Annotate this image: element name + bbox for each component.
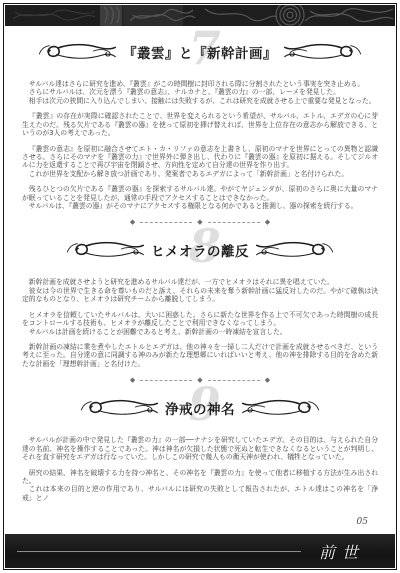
diamond-icon: ◆: [265, 377, 270, 384]
section: 9 浄戒の神名: [22, 390, 378, 502]
footer-bar: 前世: [5, 534, 395, 568]
body-paragraph: 研究の結果、神名を破壊する力を持つ神名と、その神名を『叢雲の力』を使って他者に移…: [22, 469, 378, 486]
section: 7 『叢雲』と『新幹計画』: [22, 34, 378, 210]
body-paragraph: さらにサルバルは、次元を漂う『叢雲の意志』、ナルカナと、『叢雲の力』の一部、レー…: [22, 88, 378, 96]
section-title: 『叢雲』と『新幹計画』: [123, 42, 277, 62]
section-heading: 8 ヒメオラの離反: [22, 232, 378, 268]
diamond-icon: ◆: [130, 377, 135, 384]
sections: 7 『叢雲』と『新幹計画』: [22, 34, 378, 502]
body-paragraph: これが世界を支配から解き放つ計画であり、発案者であるエデガによって「新幹計画」と…: [22, 170, 378, 178]
body-paragraph: 新幹計画を成就させようと研究を進めるサルバル達だが、一方でヒメオラはそれに異を唱…: [22, 278, 378, 286]
section-paragraphs: 新幹計画を成就させようと研究を進めるサルバル達だが、一方でヒメオラはそれに異を唱…: [22, 278, 378, 368]
body-paragraph: サルバルが計画の中で発見した『叢雲の力』の一部──ナナシを研究していたエデガ。そ…: [22, 436, 378, 461]
footer-chapter-label: 前世: [319, 540, 365, 563]
paragraph-block: 残るひとつの欠片である『叢雲の器』を探索するサルバル達。やがてヤジェンダが、原初…: [22, 185, 378, 210]
body-paragraph: 『叢雲の意志』を原初に融合させてエト・カ・リファの意志を上書きし、原初のマナを世…: [22, 145, 378, 170]
paragraph-block: 『叢雲』の存在が実際に確認されたことで、世界を変えられるという希望が、サルバル、…: [22, 112, 378, 137]
body-paragraph: 『叢雲』の存在が実際に確認されたことで、世界を変えられるという希望が、サルバル、…: [22, 112, 378, 137]
footer-rule: [17, 551, 301, 552]
body-paragraph: サルバルは、『叢雲の器』がそのマナにアクセスする権限となる何かであると推測し、器…: [22, 202, 378, 210]
divider-dash: [140, 222, 192, 223]
page-content: 7 『叢雲』と『新幹計画』: [22, 30, 378, 502]
paragraph-block: サルバルが計画の中で発見した『叢雲の力』の一部──ナナシを研究していたエデガ。そ…: [22, 436, 378, 461]
body-paragraph: 残るひとつの欠片である『叢雲の器』を探索するサルバル達。やがてヤジェンダが、原初…: [22, 185, 378, 202]
section: 8 ヒメオラの離反: [22, 232, 378, 368]
diamond-icon: ◆: [130, 219, 135, 226]
flourish-right-icon: [256, 239, 336, 261]
flourish-left-icon: [78, 397, 158, 419]
paragraph-block: ヒメオラを信頼していたサルバルは、大いに困惑した。さらに新たな世界を作る上で不可…: [22, 311, 378, 336]
paragraph-block: 研究の結果、神名を破壊する力を持つ神名と、その神名を『叢雲の力』を使って他者に移…: [22, 469, 378, 503]
body-paragraph: これは本来の目的と逆の作用であり、サルバルには研究の失敗として報告されたが、エト…: [22, 485, 378, 502]
body-paragraph: 彼女は今の世界で生きる命を尊いものだと訴え、それらの未来を奪う新幹計画に猛反対し…: [22, 287, 378, 304]
flourish-left-icon: [64, 239, 144, 261]
flourish-left-icon: [36, 41, 116, 63]
section-paragraphs: サルバル達はさらに研究を進め、『叢雲』がこの時間樹に封印される際に分割されたとい…: [22, 80, 378, 210]
section-paragraphs: サルバルが計画の中で発見した『叢雲の力』の一部──ナナシを研究していたエデガ。そ…: [22, 436, 378, 502]
body-paragraph: ヒメオラを信頼していたサルバルは、大いに困惑した。さらに新たな世界を作る上で不可…: [22, 311, 378, 328]
flourish-right-icon: [284, 41, 364, 63]
body-paragraph: サルバルは計画を続けることが困難であると考え、新幹計画の一時凍結を宣言した。: [22, 328, 378, 336]
page-number: 05: [357, 517, 368, 527]
body-paragraph: 新幹計画の凍結に業を煮やしたエトルとエデガは、他の神々を一掃し二人だけで計画を成…: [22, 343, 378, 368]
diamond-icon: ◆: [265, 219, 270, 226]
paragraph-block: サルバル達はさらに研究を進め、『叢雲』がこの時間樹に封印される際に分割されたとい…: [22, 80, 378, 105]
section-title: ヒメオラの離反: [151, 240, 249, 260]
paragraph-block: 『叢雲の意志』を原初に融合させてエト・カ・リファの意志を上書きし、原初のマナを世…: [22, 145, 378, 179]
body-paragraph: 相手は次元の狭間に入り込んでしまい、接触には失敗するが、これは研究を成就させる上…: [22, 97, 378, 105]
section-heading: 9 浄戒の神名: [22, 390, 378, 426]
section-heading: 7 『叢雲』と『新幹計画』: [22, 34, 378, 70]
section-title: 浄戒の神名: [165, 398, 235, 418]
paragraph-block: 新幹計画の凍結に業を煮やしたエトルとエデガは、他の神々を一掃し二人だけで計画を成…: [22, 343, 378, 368]
paragraph-block: 新幹計画を成就させようと研究を進めるサルバル達だが、一方でヒメオラはそれに異を唱…: [22, 278, 378, 303]
flourish-right-icon: [242, 397, 322, 419]
divider-dash: [140, 380, 192, 381]
